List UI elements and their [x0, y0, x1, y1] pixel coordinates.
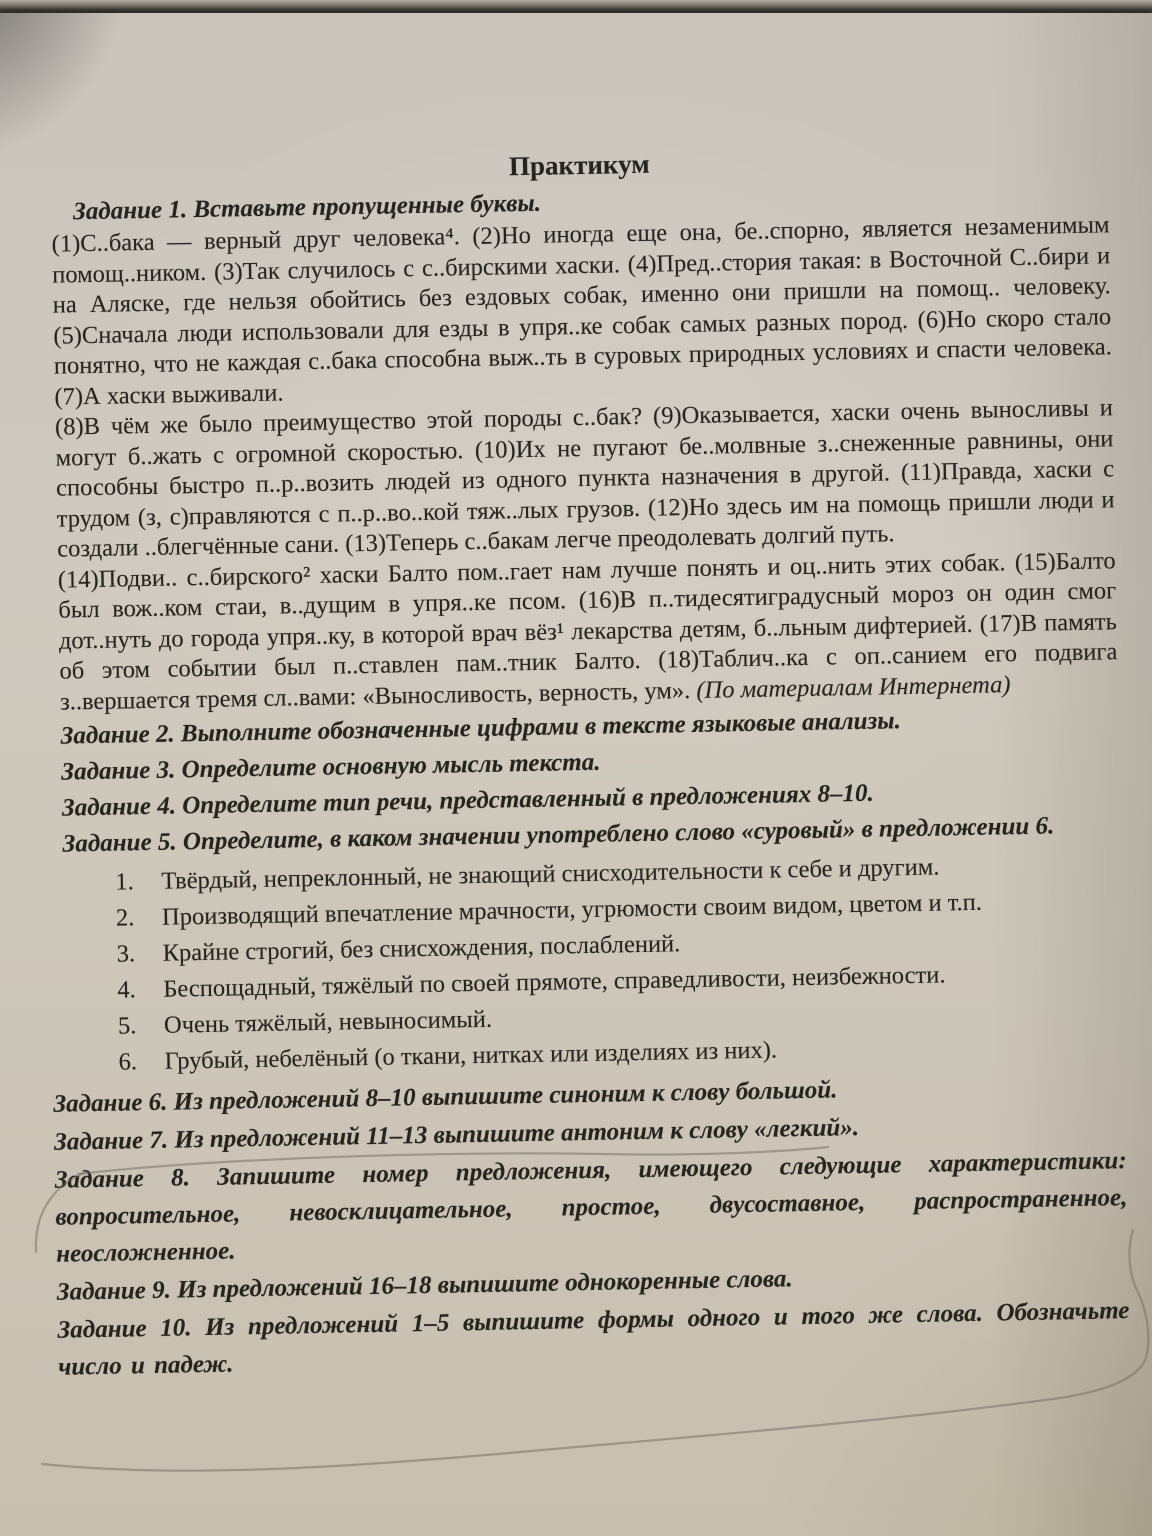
meaning-number: 6.	[118, 1044, 165, 1081]
passage-source: (По материалам Интернета)	[696, 671, 1011, 704]
tasks-6-10: Задание 6. Из предложений 8–10 выпишите …	[53, 1066, 1130, 1386]
worksheet-content: Практикум Задание 1. Вставьте пропущенны…	[50, 138, 1130, 1385]
meanings-list: 1. Твёрдый, непреклонный, не знающий сни…	[63, 846, 1125, 1081]
passage-paragraph-1: (1)С..бака — верный друг человека⁴. (2)Н…	[51, 210, 1112, 412]
meaning-number: 3.	[116, 936, 163, 973]
passage-paragraph-3: (14)Подви.. с..бирского² хаски Балто пом…	[58, 546, 1119, 718]
passage-text: (1)С..бака — верный друг человека⁴. (2)Н…	[51, 210, 1118, 717]
task-8-heading: Задание 8. Запишите номер предложения, и…	[54, 1142, 1128, 1273]
meaning-number: 1.	[115, 864, 162, 901]
passage-paragraph-2: (8)В чём же было преимущество этой пород…	[55, 393, 1116, 565]
meaning-number: 5.	[118, 1008, 165, 1045]
meaning-number: 2.	[116, 900, 163, 937]
photo-of-worksheet: { "photo": { "background_color": "#45413…	[0, 0, 1152, 1536]
meaning-number: 4.	[117, 972, 164, 1009]
tasks-2-5: Задание 2. Выполните обозначенные цифрам…	[60, 700, 1120, 861]
